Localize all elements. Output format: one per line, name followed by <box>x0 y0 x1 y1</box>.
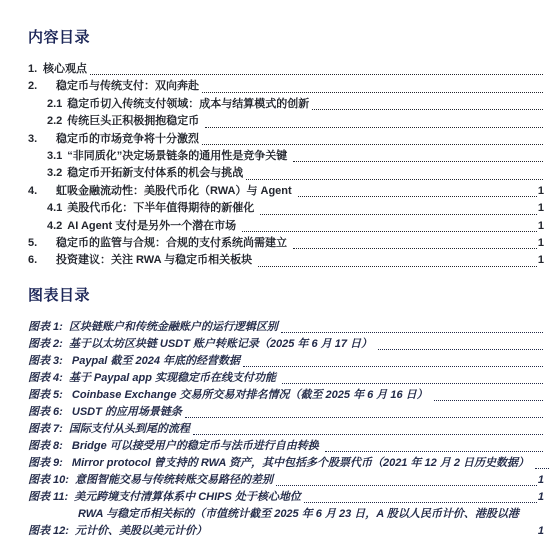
figure-toc-list: 图表 1: 区块链账户和传统金融账户的运行逻辑区别 图表 2: 基于以太坊区块链… <box>28 319 544 536</box>
toc-entry-title: 传统巨头正积极拥抱稳定币 <box>67 113 202 130</box>
toc-entry-title: 稳定币的监管与合规：合规的支付系统尚需建立 <box>56 235 290 252</box>
toc-entry-number: 2.2 <box>47 113 62 130</box>
dot-leader <box>282 383 543 384</box>
toc-entry[interactable]: 1. 核心观点 <box>28 61 544 78</box>
toc-entry-page: 1 <box>538 235 544 252</box>
toc-entry-number: 图表 10: <box>28 472 69 489</box>
toc-entry-title: 稳定币与传统支付：双向奔赴 <box>56 78 199 95</box>
dot-leader <box>434 400 543 401</box>
toc-entry-number: 1. <box>28 61 43 78</box>
toc-entry-title: USDT 的应用场景链条 <box>69 404 182 421</box>
toc-entry-title: 意图智能交易与传统转账交易路径的差别 <box>75 472 273 489</box>
dot-leader <box>312 109 543 110</box>
toc-entry[interactable]: 3.2 稳定币开拓新支付体系的机会与挑战 <box>28 165 544 182</box>
toc-entry[interactable]: 2. 稳定币与传统支付：双向奔赴 <box>28 78 544 95</box>
toc-entry-number: 2. <box>28 78 56 95</box>
toc-entry-page: 1 <box>538 472 544 489</box>
toc-entry-number: 2.1 <box>47 96 62 113</box>
toc-entry-number: 4. <box>28 183 56 200</box>
toc-entry-number: 图表 9: <box>28 455 63 472</box>
toc-entry-page: 1 <box>538 252 544 269</box>
toc-entry-title: 基于以太坊区块链 USDT 账户转账记录（2025 年 6 月 17 日） <box>69 336 375 353</box>
toc-entry[interactable]: 图表 1: 区块链账户和传统金融账户的运行逻辑区别 <box>28 319 544 336</box>
toc-entry[interactable]: 图表 8: Bridge 可以接受用户的稳定币与法币进行自由转换 <box>28 438 544 455</box>
dot-leader <box>298 196 537 197</box>
dot-leader <box>242 231 537 232</box>
toc-entry-number: 图表 1: <box>28 319 63 336</box>
toc-entry-number: 3. <box>28 131 56 148</box>
toc-entry-title: 稳定币开拓新支付体系的机会与挑战 <box>67 165 243 182</box>
content-toc-list: 1. 核心观点 2. 稳定币与传统支付：双向奔赴 2.1 稳定币切入传统支付领域… <box>28 61 544 270</box>
toc-entry[interactable]: 3.1 “非同质化”决定场景链条的通用性是竞争关键 <box>28 148 544 165</box>
toc-entry-title: 区块链账户和传统金融账户的运行逻辑区别 <box>69 319 278 336</box>
dot-leader <box>202 92 543 93</box>
document-page: 内容目录 1. 核心观点 2. 稳定币与传统支付：双向奔赴 2.1 稳定币切入传… <box>0 0 550 536</box>
toc-entry-title: 美股代币化：下半年值得期待的新催化 <box>67 200 257 217</box>
toc-entry[interactable]: 图表 2: 基于以太坊区块链 USDT 账户转账记录（2025 年 6 月 17… <box>28 336 544 353</box>
toc-entry-title: Mirror protocol 曾支持的 RWA 资产，其中包括多个股票代币（2… <box>69 455 532 472</box>
toc-entry[interactable]: 图表 11: 美元跨境支付清算体系中 CHIPS 处于核心地位 1 <box>28 489 544 506</box>
toc-entry[interactable]: 图表 12: RWA 与稳定币相关标的（市值统计截至 2025 年 6 月 23… <box>28 506 544 536</box>
toc-entry-title: 基于 Paypal app 实现稳定币在线支付功能 <box>69 370 279 387</box>
toc-entry-title: 国际支付从头到尾的流程 <box>69 421 190 438</box>
dot-leader <box>243 366 543 367</box>
toc-entry-number: 3.2 <box>47 165 62 182</box>
dot-leader <box>293 161 543 162</box>
toc-entry-page: 1 <box>538 183 544 200</box>
dot-leader <box>304 502 537 503</box>
toc-entry[interactable]: 5. 稳定币的监管与合规：合规的支付系统尚需建立 1 <box>28 235 544 252</box>
dot-leader <box>325 451 543 452</box>
toc-entry-title: AI Agent 支付是另外一个潜在市场 <box>67 218 239 235</box>
toc-entry[interactable]: 图表 9: Mirror protocol 曾支持的 RWA 资产，其中包括多个… <box>28 455 544 472</box>
toc-entry-title: RWA 与稳定币相关标的（市值统计截至 2025 年 6 月 23 日，A 股以… <box>75 506 520 536</box>
toc-entry-page: 1 <box>538 218 544 235</box>
toc-entry-page: 1 <box>538 523 544 536</box>
toc-entry-number: 图表 6: <box>28 404 63 421</box>
dot-leader <box>205 127 543 128</box>
toc-entry-number: 3.1 <box>47 148 62 165</box>
toc-entry[interactable]: 2.1 稳定币切入传统支付领域：成本与结算模式的创新 <box>28 96 544 113</box>
toc-entry-page: 1 <box>538 489 544 506</box>
toc-entry-title: 虹吸金融流动性：美股代币化（RWA）与 Agent <box>56 183 295 200</box>
toc-entry[interactable]: 3. 稳定币的市场竞争将十分激烈 <box>28 131 544 148</box>
toc-entry[interactable]: 图表 6: USDT 的应用场景链条 <box>28 404 544 421</box>
dot-leader <box>378 349 543 350</box>
toc-entry-title: Paypal 截至 2024 年底的经营数据 <box>69 353 240 370</box>
toc-entry[interactable]: 图表 7: 国际支付从头到尾的流程 <box>28 421 544 438</box>
toc-entry-number: 6. <box>28 252 56 269</box>
toc-entry-title: 美元跨境支付清算体系中 CHIPS 处于核心地位 <box>74 489 301 506</box>
toc-entry-number: 5. <box>28 235 56 252</box>
toc-entry[interactable]: 4.1 美股代币化：下半年值得期待的新催化 1 <box>28 200 544 217</box>
toc-entry-number: 图表 11: <box>28 489 68 506</box>
dot-leader <box>260 214 537 215</box>
dot-leader <box>90 74 543 75</box>
toc-entry-title: 稳定币的市场竞争将十分激烈 <box>56 131 199 148</box>
toc-entry-number: 图表 4: <box>28 370 63 387</box>
toc-entry-title: Coinbase Exchange 交易所交易对排名情况（截至 2025 年 6… <box>69 387 431 404</box>
toc-entry-title: “非同质化”决定场景链条的通用性是竞争关键 <box>67 148 290 165</box>
toc-entry-title: 投资建议：关注 RWA 与稳定币相关板块 <box>56 252 255 269</box>
toc-entry-title: 核心观点 <box>43 61 87 78</box>
toc-entry-number: 图表 7: <box>28 421 63 438</box>
toc-entry-number: 图表 3: <box>28 353 63 370</box>
dot-leader <box>293 248 537 249</box>
toc-entry-title: 稳定币切入传统支付领域：成本与结算模式的创新 <box>67 96 309 113</box>
toc-entry[interactable]: 图表 4: 基于 Paypal app 实现稳定币在线支付功能 <box>28 370 544 387</box>
dot-leader <box>202 144 543 145</box>
toc-entry[interactable]: 6. 投资建议：关注 RWA 与稳定币相关板块 1 <box>28 252 544 269</box>
dot-leader <box>185 417 543 418</box>
toc-entry-number: 4.1 <box>47 200 62 217</box>
toc-entry-number: 图表 5: <box>28 387 63 404</box>
toc-entry[interactable]: 2.2 传统巨头正积极拥抱稳定币 <box>28 113 544 130</box>
toc-entry[interactable]: 4. 虹吸金融流动性：美股代币化（RWA）与 Agent 1 <box>28 183 544 200</box>
toc-entry[interactable]: 图表 5: Coinbase Exchange 交易所交易对排名情况（截至 20… <box>28 387 544 404</box>
dot-leader <box>258 266 537 267</box>
dot-leader <box>281 332 543 333</box>
toc-entry-number: 4.2 <box>47 218 62 235</box>
toc-entry[interactable]: 图表 10: 意图智能交易与传统转账交易路径的差别 1 <box>28 472 544 489</box>
dot-leader <box>535 468 549 469</box>
figure-toc-heading: 图表目录 <box>28 284 544 305</box>
toc-entry-page: 1 <box>538 200 544 217</box>
toc-entry[interactable]: 图表 3: Paypal 截至 2024 年底的经营数据 <box>28 353 544 370</box>
toc-entry-number: 图表 12: <box>28 523 69 536</box>
dot-leader <box>193 434 543 435</box>
dot-leader <box>246 179 543 180</box>
toc-entry-title: Bridge 可以接受用户的稳定币与法币进行自由转换 <box>69 438 322 455</box>
toc-entry-number: 图表 2: <box>28 336 63 353</box>
toc-entry-number: 图表 8: <box>28 438 63 455</box>
dot-leader <box>276 485 537 486</box>
toc-entry[interactable]: 4.2 AI Agent 支付是另外一个潜在市场 1 <box>28 218 544 235</box>
content-toc-heading: 内容目录 <box>28 26 544 47</box>
